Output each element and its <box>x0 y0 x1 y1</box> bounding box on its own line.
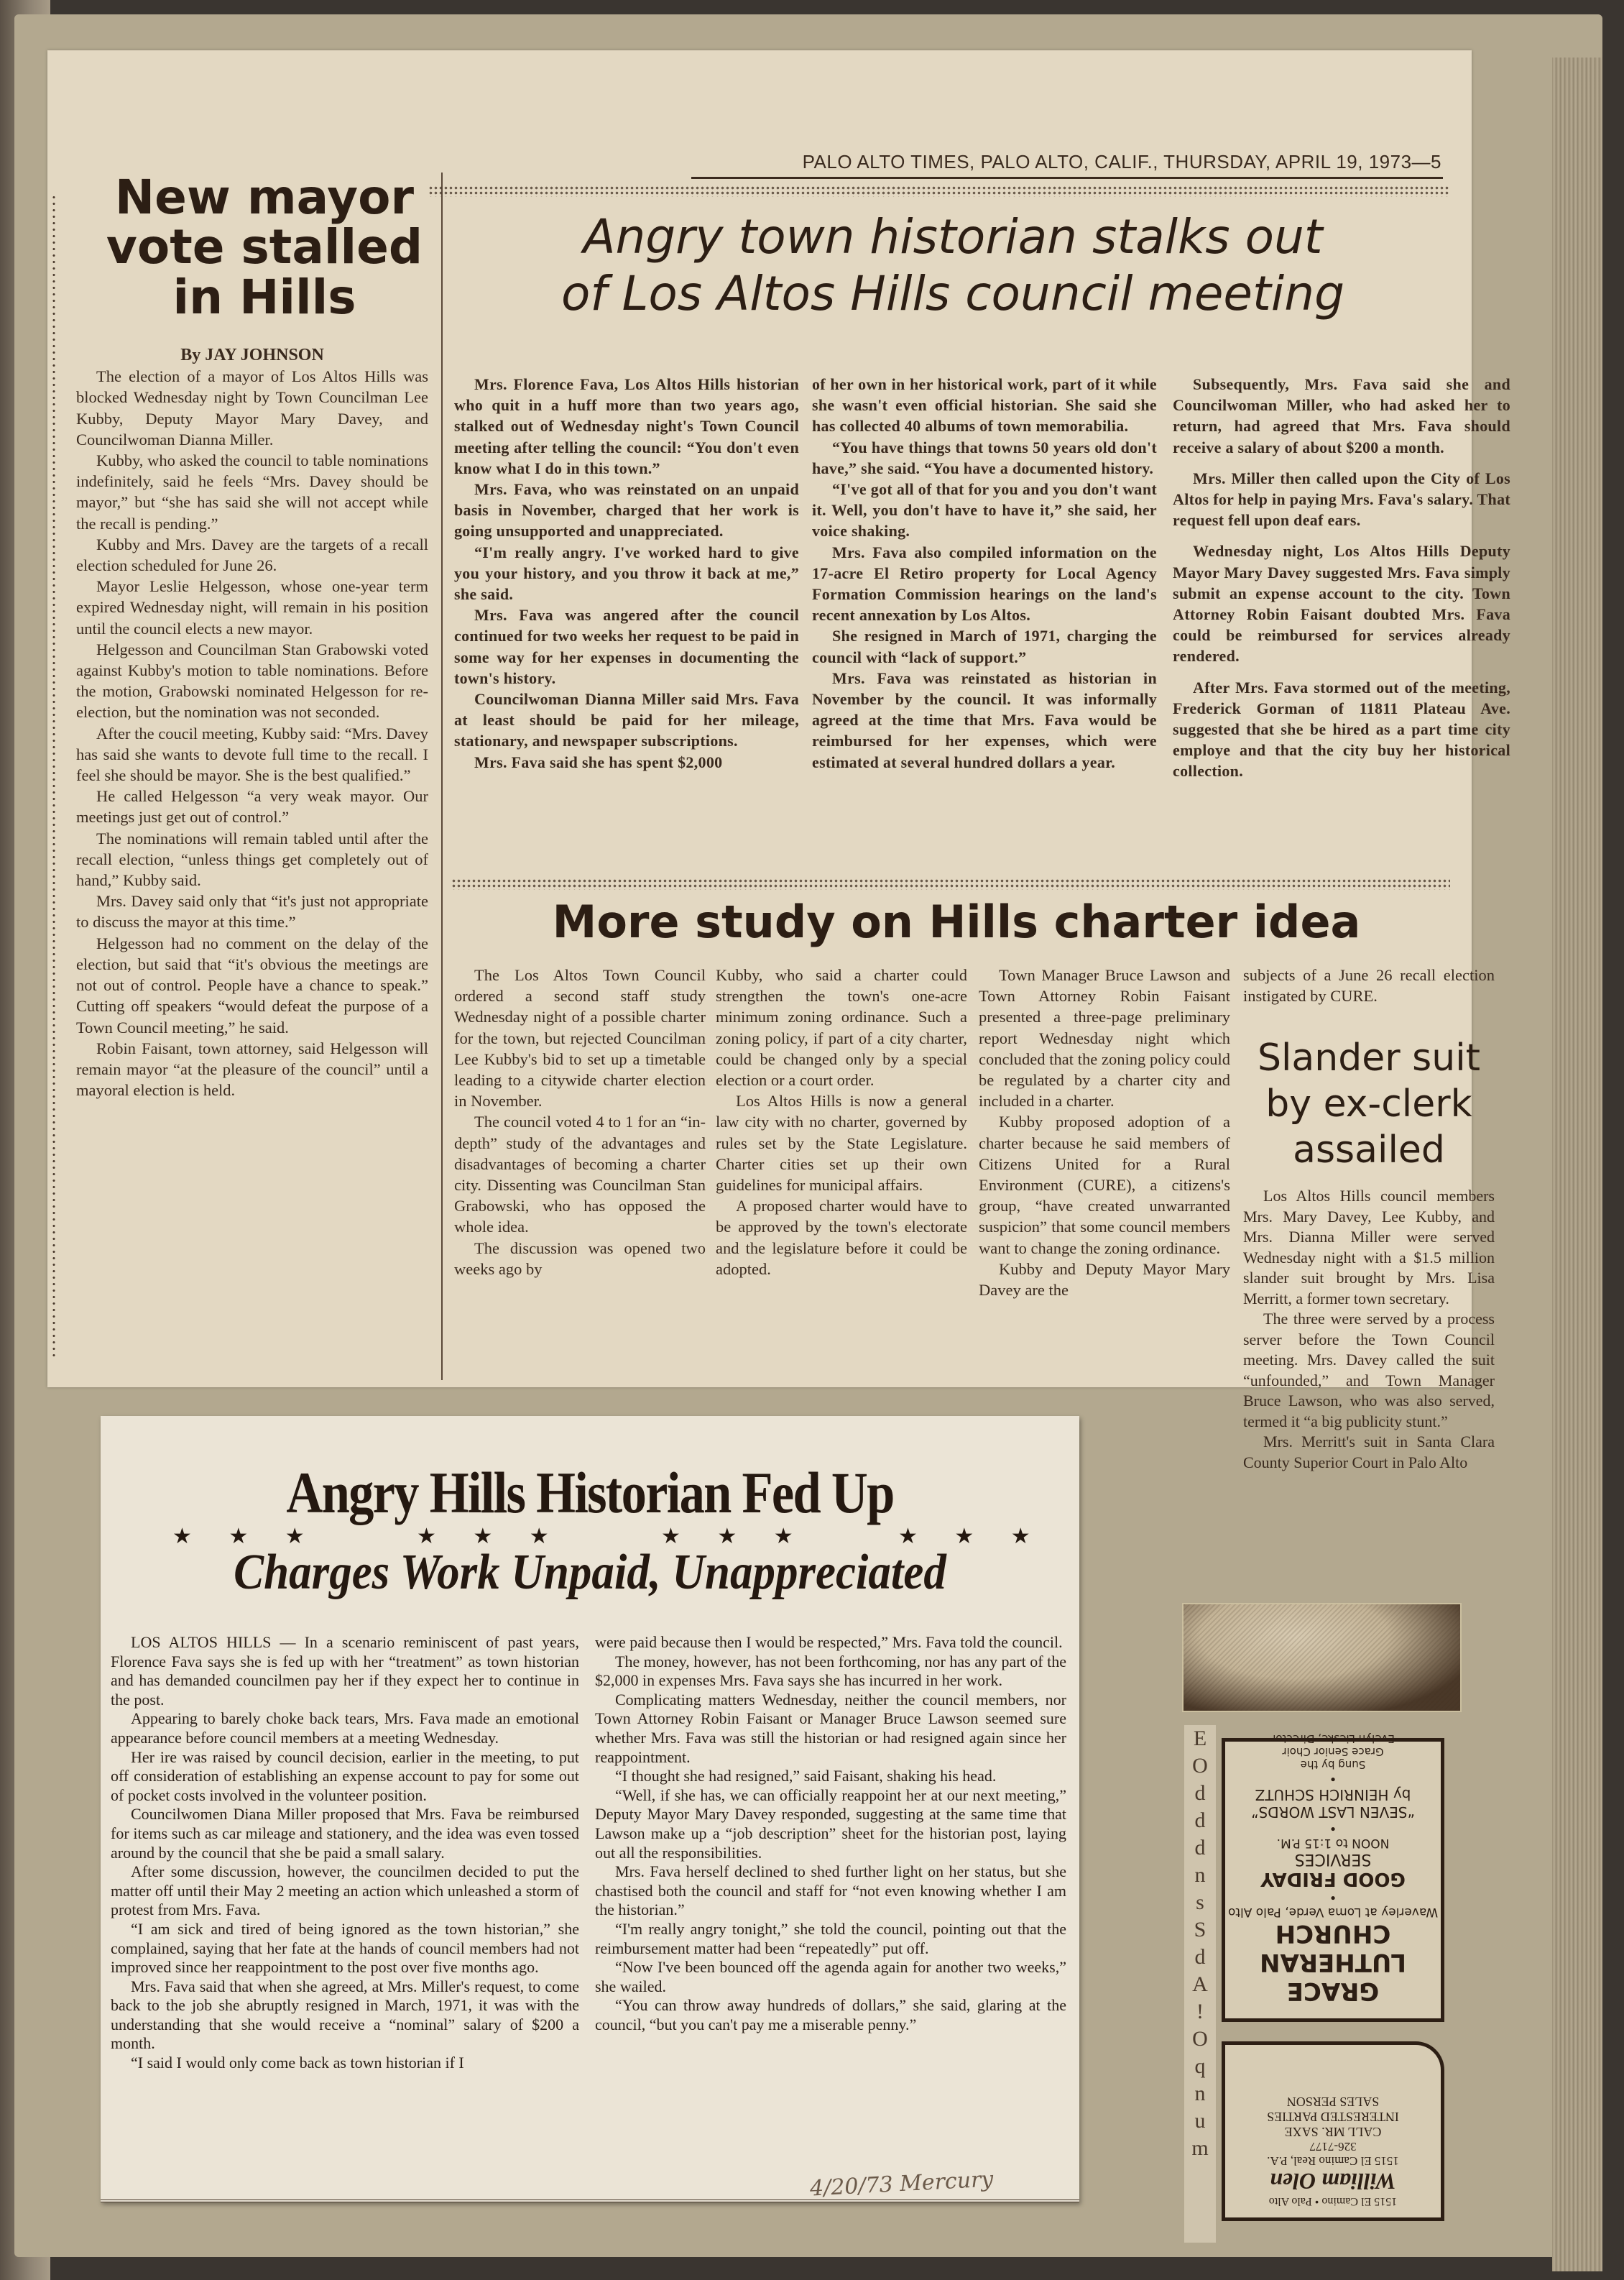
paragraph: She resigned in March of 1971, charging … <box>812 625 1157 667</box>
paragraph: The council voted 4 to 1 for an “in-dept… <box>454 1111 706 1237</box>
column-rule <box>441 173 443 1380</box>
historian-headline-line-1: Angry town historian stalks out <box>450 208 1456 265</box>
paragraph: Mrs. Florence Fava, Los Altos Hills hist… <box>454 374 799 479</box>
paragraph: “I'm really angry tonight,” she told the… <box>595 1920 1066 1958</box>
strip-letter: S <box>1184 1916 1216 1944</box>
paragraph: Councilwomen Diana Miller proposed that … <box>111 1805 579 1862</box>
paragraph: The money, however, has not been forthco… <box>595 1652 1066 1691</box>
paragraph: Mrs. Fava, who was reinstated on an unpa… <box>454 479 799 542</box>
charter-column-2: Kubby, who said a charter could strength… <box>716 965 967 1279</box>
paragraph: Robin Faisant, town attorney, said Helge… <box>76 1038 428 1101</box>
paragraph: Mrs. Fava was angered after the council … <box>454 605 799 689</box>
paragraph: subjects of a June 26 recall election in… <box>1243 965 1495 1006</box>
charter-column-1: The Los Altos Town Council ordered a sec… <box>454 965 706 1279</box>
historian-column-2: of her own in her historical work, part … <box>812 374 1157 773</box>
paragraph: “I've got all of that for you and you do… <box>812 479 1157 542</box>
paragraph: Mrs. Merritt's suit in Santa Clara Count… <box>1243 1432 1495 1473</box>
ad-line: GRACE LUTHERAN <box>1225 1948 1441 2005</box>
paragraph: Helgesson had no comment on the delay of… <box>76 933 428 1038</box>
paragraph: Kubby, who said a charter could strength… <box>716 965 967 1090</box>
paragraph: Kubby and Deputy Mayor Mary Davey are th… <box>979 1259 1230 1300</box>
paragraph: “You have things that towns 50 years old… <box>812 437 1157 479</box>
church-advertisement: GRACE LUTHERAN CHURCH Waverley at Loma V… <box>1222 1738 1444 2022</box>
historian-column-1: Mrs. Florence Fava, Los Altos Hills hist… <box>454 374 799 773</box>
slander-headline-line-1: Slander suit <box>1243 1035 1495 1081</box>
ad-line: GOOD FRIDAY <box>1225 1868 1441 1890</box>
paragraph: Helgesson and Councilman Stan Grabowski … <box>76 639 428 723</box>
paragraph: The nominations will remain tabled until… <box>76 828 428 891</box>
charter-column-3: Town Manager Bruce Lawson and Town Attor… <box>979 965 1230 1300</box>
paragraph: “I said I would only come back as town h… <box>111 2054 579 2073</box>
strip-letter: d <box>1184 1834 1216 1862</box>
ad-line: by HEINRICH SCHUTZ <box>1225 1786 1441 1803</box>
strip-letter: s <box>1184 1889 1216 1916</box>
paragraph: Mayor Leslie Helgesson, whose one-year t… <box>76 576 428 639</box>
ad-line: 1515 El Camino • Palo Alto <box>1225 2194 1441 2207</box>
strip-letter: O <box>1184 2026 1216 2053</box>
paragraph: After some discussion, however, the coun… <box>111 1862 579 1920</box>
ad-line: Grace Senior Choir <box>1225 1745 1441 1758</box>
paragraph: Mrs. Fava also compiled information on t… <box>812 542 1157 626</box>
strip-letter: A <box>1184 1971 1216 1998</box>
mercury-column-2: were paid because then I would be respec… <box>595 1633 1066 2034</box>
ad-line: CALL MR. SAXE <box>1225 2124 1441 2139</box>
paragraph: Los Altos Hills is now a general law cit… <box>716 1090 967 1195</box>
phone-number: 326-7177 <box>1225 2139 1441 2153</box>
paragraph: He called Helgesson “a very weak mayor. … <box>76 786 428 827</box>
ad-line: SERVICES <box>1225 1850 1441 1868</box>
strip-letter: O <box>1184 1752 1216 1780</box>
paragraph: “Now I've been bounced off the agenda ag… <box>595 1958 1066 1996</box>
paragraph: were paid because then I would be respec… <box>595 1633 1066 1652</box>
palo-alto-times-clipping: PALO ALTO TIMES, PALO ALTO, CALIF., THUR… <box>47 50 1472 1387</box>
ad-line: NOON to 1:15 P.M. <box>1225 1836 1441 1850</box>
historian-headline-line-2: of Los Altos Hills council meeting <box>450 265 1456 322</box>
masthead: PALO ALTO TIMES, PALO ALTO, CALIF., THUR… <box>803 151 1441 173</box>
slander-headline: Slander suit by ex-clerk assailed <box>1243 1035 1495 1173</box>
paragraph: “I am sick and tired of being ignored as… <box>111 1920 579 1977</box>
ad-line: 1515 El Camino Real, P.A. <box>1225 2153 1441 2168</box>
paragraph: The Los Altos Town Council ordered a sec… <box>454 965 706 1111</box>
paragraph: Mrs. Fava was reinstated as historian in… <box>812 668 1157 773</box>
dealer-name: William Olen <box>1225 2168 1441 2194</box>
ad-line: INTERESTED PARTIES <box>1225 2109 1441 2124</box>
paragraph: After Mrs. Fava stormed out of the meeti… <box>1173 677 1510 782</box>
strip-letter: m <box>1184 2135 1216 2162</box>
paragraph: “I thought she had resigned,” said Faisa… <box>595 1767 1066 1786</box>
strip-letter: d <box>1184 1780 1216 1807</box>
paragraph: Her ire was raised by council decision, … <box>111 1748 579 1806</box>
bullet: • <box>1225 1890 1441 1905</box>
paragraph: The three were served by a process serve… <box>1243 1309 1495 1432</box>
mayor-article-body: By JAY JOHNSON The election of a mayor o… <box>76 345 428 1100</box>
paragraph: The discussion was opened two weeks ago … <box>454 1238 706 1279</box>
paragraph: Mrs. Davey said only that “it's just not… <box>76 891 428 932</box>
mayor-headline: New mayor vote stalled in Hills <box>85 173 444 322</box>
strip-letter: d <box>1184 1807 1216 1834</box>
strip-letter: u <box>1184 2107 1216 2135</box>
paragraph: Mrs. Fava said that when she agreed, at … <box>111 1977 579 2054</box>
masthead-rule <box>691 177 1443 179</box>
dealer-advertisement: 1515 El Camino • Palo Alto William Olen … <box>1222 2041 1444 2221</box>
dotted-rule <box>451 878 1450 890</box>
historian-headline: Angry town historian stalks out of Los A… <box>450 208 1456 322</box>
perforated-edge <box>52 194 56 1359</box>
slander-article-body: Los Altos Hills council members Mrs. Mar… <box>1243 1186 1495 1473</box>
paragraph: Complicating matters Wednesday, neither … <box>595 1691 1066 1767</box>
bullet: • <box>1225 1821 1441 1836</box>
strip-letter: ! <box>1184 1998 1216 2026</box>
paragraph: After the coucil meeting, Kubby said: “M… <box>76 723 428 786</box>
byline: By JAY JOHNSON <box>76 345 428 366</box>
halftone-photo <box>1182 1603 1462 1712</box>
bullet: • <box>1225 1771 1441 1786</box>
mercury-clipping: Angry Hills Historian Fed Up ★ ★ ★ ★ ★ ★… <box>101 1416 1079 2202</box>
handwritten-date-note: 4/20/73 Mercury <box>809 2166 994 2201</box>
ad-line: Evelyn Lieske, Director <box>1225 1732 1441 1745</box>
paragraph: “Well, if she has, we can officially rea… <box>595 1786 1066 1862</box>
strip-letter: d <box>1184 1944 1216 1971</box>
ad-line: “SEVEN LAST WORDS” <box>1225 1803 1441 1821</box>
slander-headline-line-3: assailed <box>1243 1127 1495 1173</box>
paragraph: Kubby proposed adoption of a charter bec… <box>979 1111 1230 1258</box>
slander-headline-line-2: by ex-clerk <box>1243 1081 1495 1127</box>
mercury-headline: Angry Hills Historian Fed Up <box>169 1459 1010 1527</box>
page-stack-edge <box>1552 58 1602 2271</box>
paragraph: Appearing to barely choke back tears, Mr… <box>111 1709 579 1747</box>
mayor-headline-line-2: vote stalled <box>85 222 444 272</box>
side-strip-letters: E O d d d n s S d A ! O q n u m <box>1184 1725 1216 2243</box>
charter-column-4: subjects of a June 26 recall election in… <box>1243 965 1495 1006</box>
ad-line: Sung by the <box>1225 1758 1441 1771</box>
paragraph: Mrs. Miller then called upon the City of… <box>1173 468 1510 531</box>
strip-letter: n <box>1184 2080 1216 2107</box>
paragraph: Town Manager Bruce Lawson and Town Attor… <box>979 965 1230 1111</box>
paragraph: Kubby, who asked the council to table no… <box>76 450 428 534</box>
paragraph: Kubby and Mrs. Davey are the targets of … <box>76 534 428 576</box>
mayor-headline-line-3: in Hills <box>85 272 444 322</box>
paragraph: Mrs. Fava said she has spent $2,000 <box>454 752 799 773</box>
dotted-rule <box>428 185 1449 197</box>
paragraph: “You can throw away hundreds of dollars,… <box>595 1996 1066 2034</box>
paragraph: The election of a mayor of Los Altos Hil… <box>76 366 428 450</box>
paragraph: LOS ALTOS HILLS — In a scenario reminisc… <box>111 1633 579 1709</box>
mercury-subheadline: Charges Work Unpaid, Unappreciated <box>149 1544 1030 1601</box>
paragraph: Subsequently, Mrs. Fava said she and Cou… <box>1173 374 1510 458</box>
mayor-headline-line-1: New mayor <box>85 173 444 222</box>
paragraph: Mrs. Fava herself declined to shed furth… <box>595 1862 1066 1920</box>
strip-letter: q <box>1184 2053 1216 2080</box>
ad-line: SALES PERSON <box>1225 2094 1441 2109</box>
mercury-column-1: LOS ALTOS HILLS — In a scenario reminisc… <box>111 1633 579 2073</box>
paragraph: of her own in her historical work, part … <box>812 374 1157 437</box>
paragraph: Councilwoman Dianna Miller said Mrs. Fav… <box>454 689 799 752</box>
historian-column-3: Subsequently, Mrs. Fava said she and Cou… <box>1173 374 1510 792</box>
ad-line: CHURCH <box>1225 1919 1441 1948</box>
paragraph: A proposed charter would have to be appr… <box>716 1195 967 1279</box>
strip-letter: n <box>1184 1862 1216 1889</box>
charter-headline: More study on Hills charter idea <box>450 898 1463 945</box>
paragraph: Wednesday night, Los Altos Hills Deputy … <box>1173 541 1510 666</box>
ad-line: Waverley at Loma Verde, Palo Alto <box>1225 1905 1441 1919</box>
paragraph: “I'm really angry. I've worked hard to g… <box>454 542 799 605</box>
paragraph: Los Altos Hills council members Mrs. Mar… <box>1243 1186 1495 1309</box>
strip-letter: E <box>1184 1725 1216 1752</box>
